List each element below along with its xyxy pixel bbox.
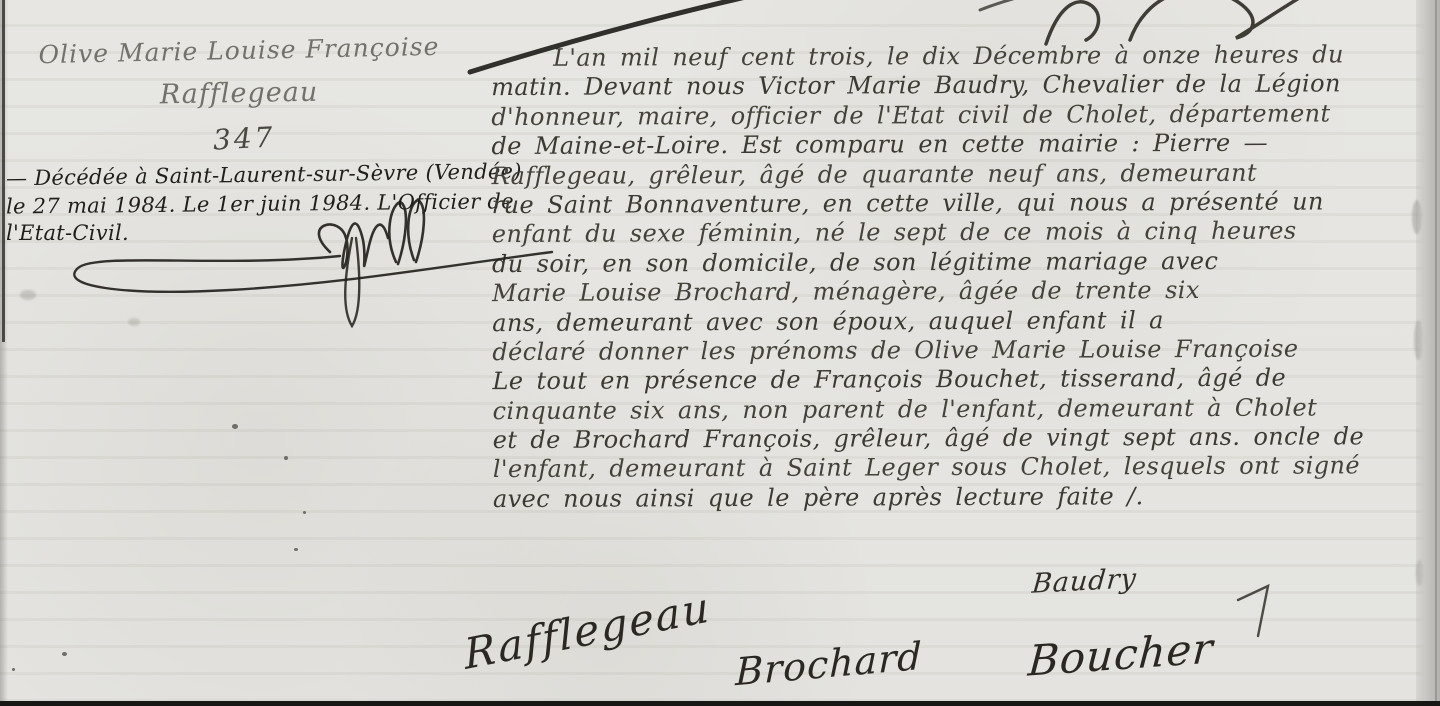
act-line: Rafflegeau, grêleur, âgé de quarante neu… <box>491 157 1437 191</box>
signature-mayor-baudry: Baudry <box>1031 563 1138 600</box>
act-line: Marie Louise Brochard, ménagère, âgée de… <box>492 275 1438 309</box>
act-line: d'honneur, maire, officier de l'Etat civ… <box>491 99 1437 133</box>
act-line: enfant du sexe féminin, né le sept de ce… <box>492 216 1438 250</box>
margin-child-surname: Rafflegeau <box>0 74 478 113</box>
margin-death-note-line3: l'Etat-Civil. <box>6 221 484 245</box>
paper-smudge <box>128 318 140 326</box>
margin-death-note-line2: le 27 mai 1984. Le 1er juin 1984. L'Offi… <box>6 189 484 218</box>
registry-scan-page: Olive Marie Louise Françoise Rafflegeau … <box>0 0 1440 706</box>
margin-act-number: 347 <box>212 120 276 156</box>
page-edge-line <box>1435 0 1437 706</box>
act-line: de Maine-et-Loire. Est comparu en cette … <box>491 128 1437 162</box>
act-line: ans, demeurant avec son époux, auquel en… <box>492 304 1438 338</box>
act-line: matin. Devant nous Victor Marie Baudry, … <box>491 69 1437 103</box>
paper-speck <box>303 511 306 514</box>
act-line: l'enfant, demeurant à Saint Leger sous C… <box>493 451 1439 485</box>
margin-child-name-line1: Olive Marie Louise Françoise <box>0 31 478 70</box>
act-line: cinquante six ans, non parent de l'enfan… <box>493 393 1439 427</box>
act-body-text: L'an mil neuf cent trois, le dix Décembr… <box>491 40 1439 514</box>
act-line: avec nous ainsi que le père après lectur… <box>493 481 1439 515</box>
act-line: rue Saint Bonnaventure, en cette ville, … <box>492 187 1438 221</box>
act-line: du soir, en son domicile, de son légitim… <box>492 246 1438 280</box>
paper-speck <box>294 548 298 551</box>
scan-bottom-edge <box>0 701 1440 706</box>
signature-boucher: Boucher <box>1027 623 1216 685</box>
paper-speck <box>12 668 15 671</box>
margin-death-note-line1: — Décédée à Saint-Laurent-sur-Sèvre (Ven… <box>6 160 484 191</box>
paper-speck <box>284 456 288 460</box>
signature-brochard: Brochard <box>735 634 923 695</box>
paper-smudge <box>20 290 36 300</box>
signature-rafflegeau: Rafflegeau <box>462 582 713 679</box>
act-line: Le tout en présence de François Bouchet,… <box>492 363 1438 397</box>
act-line: L'an mil neuf cent trois, le dix Décembr… <box>491 40 1437 74</box>
left-edge-line <box>2 0 5 342</box>
act-line: déclaré donner les prénoms de Olive Mari… <box>492 334 1438 368</box>
paper-speck <box>232 424 238 429</box>
paper-speck <box>62 652 67 656</box>
act-line: et de Brochard François, grêleur, âgé de… <box>493 422 1439 456</box>
